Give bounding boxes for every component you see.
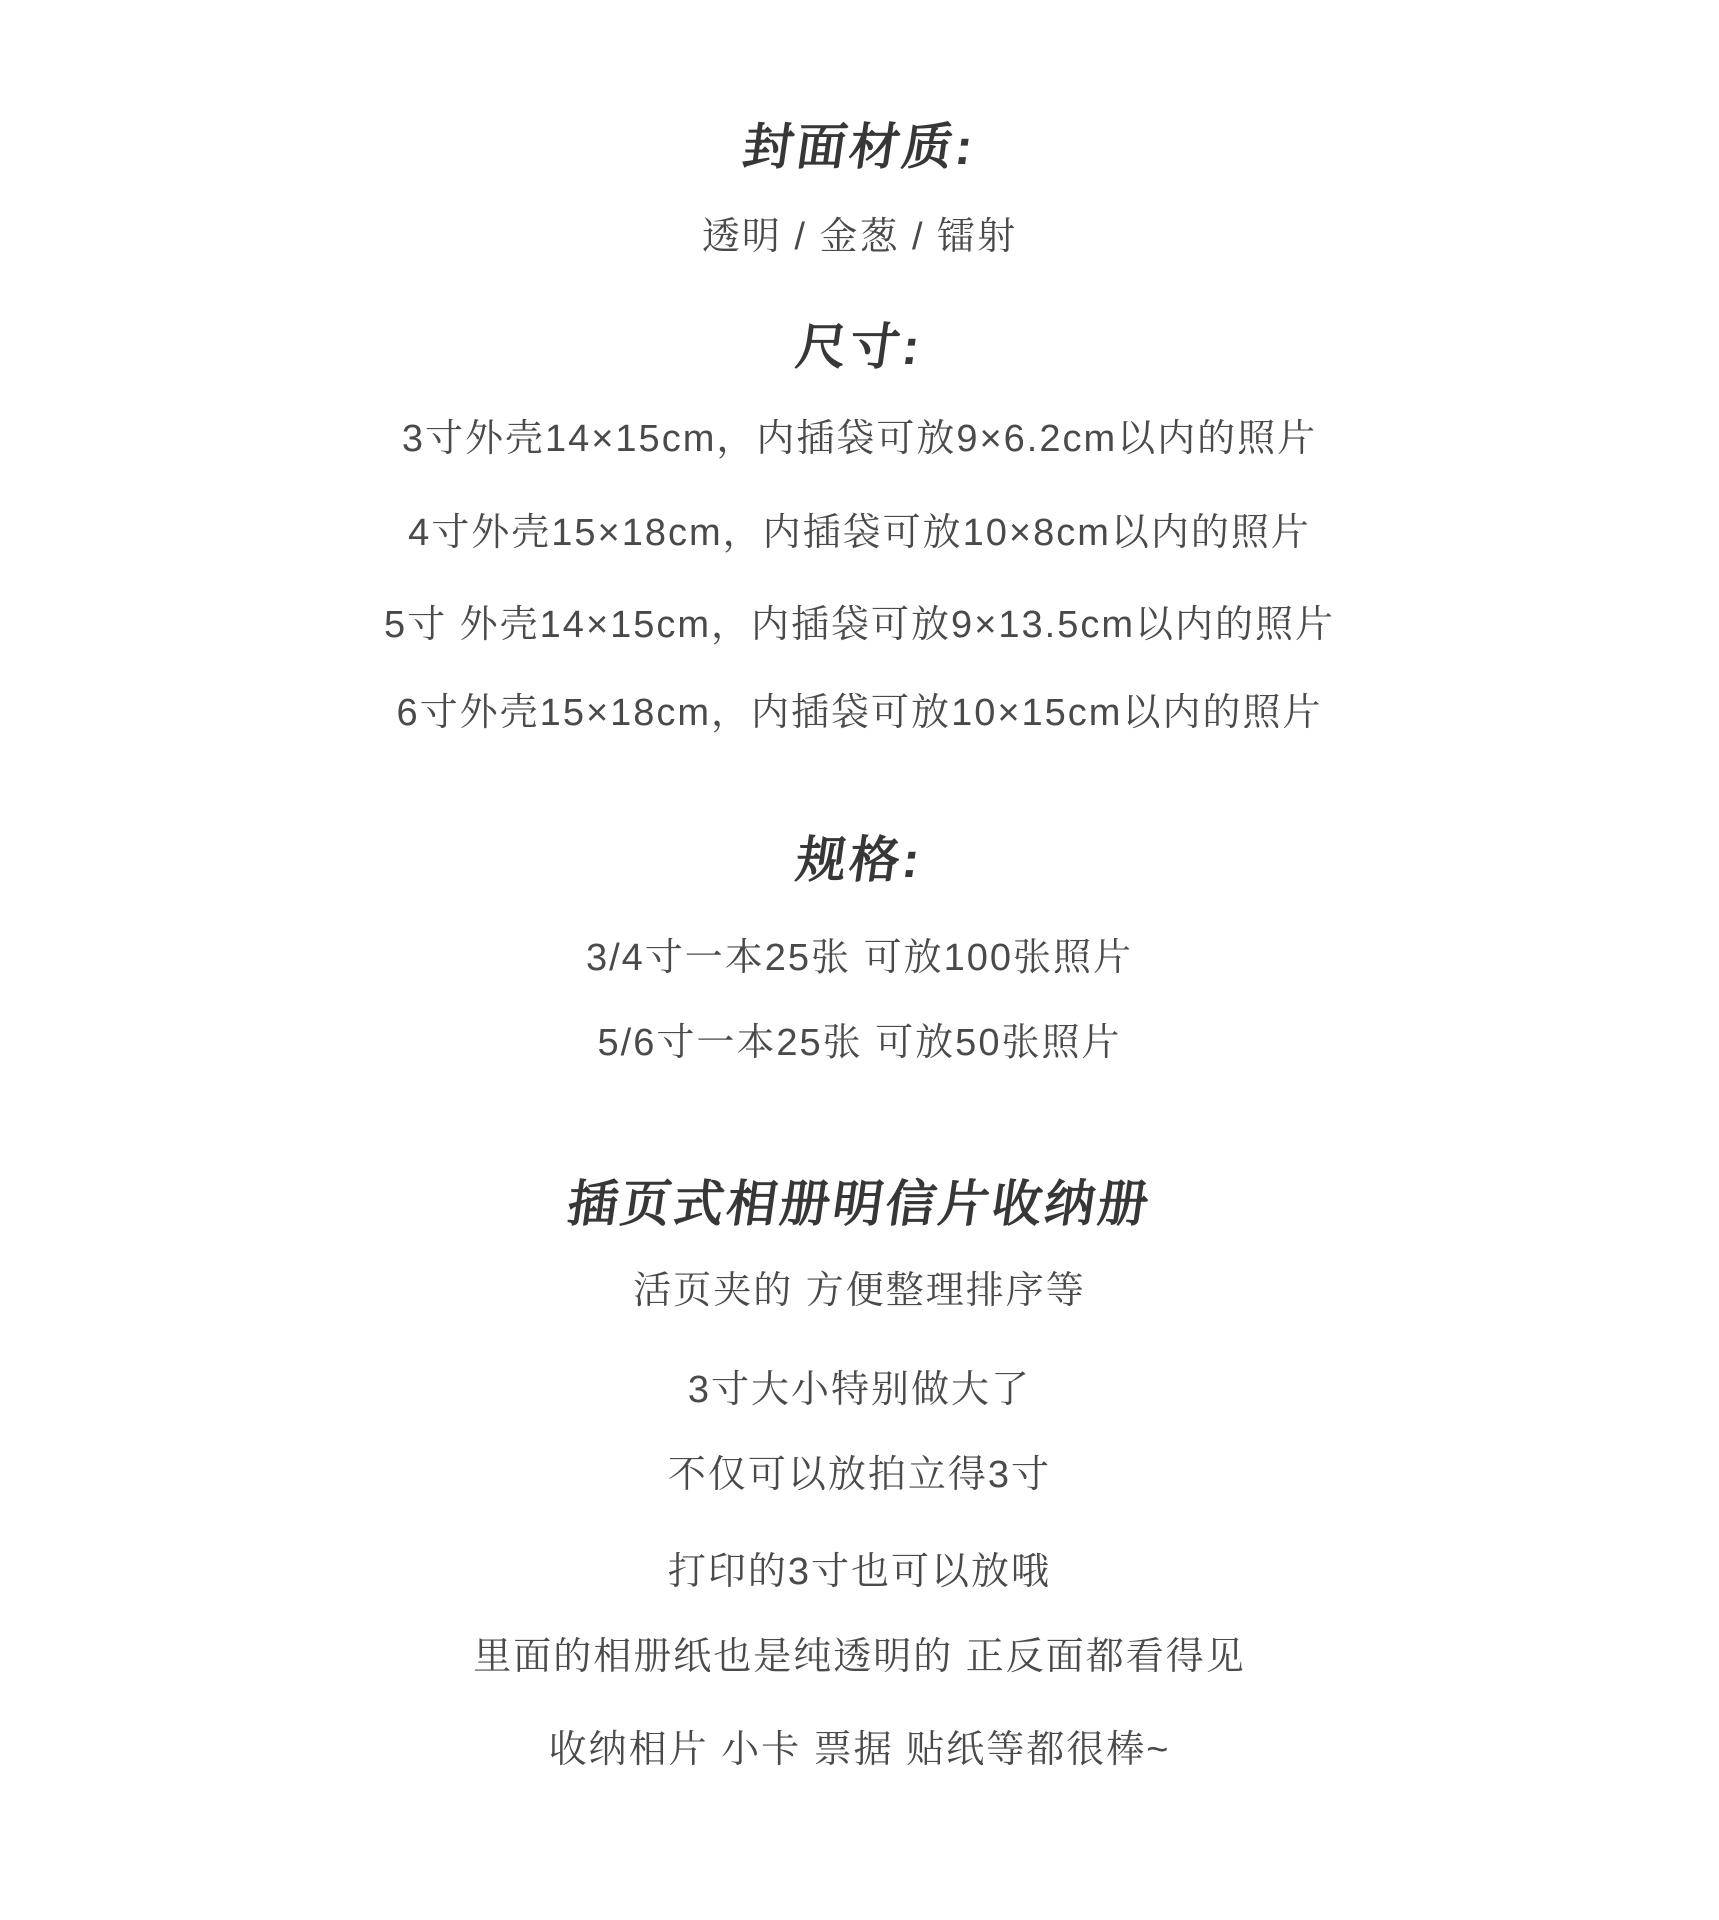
dimension-line-4inch: 4寸外壳15×18cm，内插袋可放10×8cm以内的照片 <box>0 514 1719 552</box>
spec-line-3-4inch: 3/4寸一本25张 可放100张照片 <box>0 939 1719 977</box>
dimension-line-6inch: 6寸外壳15×18cm，内插袋可放10×15cm以内的照片 <box>0 694 1719 732</box>
section-heading-album-title: 插页式相册明信片收纳册 <box>0 1179 1719 1229</box>
section-heading-dimensions: 尺寸: <box>0 322 1719 372</box>
cover-material-options: 透明 / 金葱 / 镭射 <box>0 218 1719 256</box>
dimension-line-3inch: 3寸外壳14×15cm，内插袋可放9×6.2cm以内的照片 <box>0 420 1719 458</box>
dimension-line-5inch: 5寸 外壳14×15cm，内插袋可放9×13.5cm以内的照片 <box>0 606 1719 644</box>
spec-line-5-6inch: 5/6寸一本25张 可放50张照片 <box>0 1024 1719 1062</box>
product-description-page: 封面材质: 透明 / 金葱 / 镭射 尺寸: 3寸外壳14×15cm，内插袋可放… <box>0 0 1719 1920</box>
feature-line-binder: 活页夹的 方便整理排序等 <box>0 1272 1719 1310</box>
section-heading-cover-material: 封面材质: <box>0 122 1719 172</box>
feature-line-transparent-pages: 里面的相册纸也是纯透明的 正反面都看得见 <box>0 1638 1719 1676</box>
section-heading-specs: 规格: <box>0 835 1719 885</box>
feature-line-storage-uses: 收纳相片 小卡 票据 贴纸等都很棒~ <box>0 1731 1719 1769</box>
feature-line-3inch-size: 3寸大小特别做大了 <box>0 1371 1719 1409</box>
feature-line-instax: 不仅可以放拍立得3寸 <box>0 1456 1719 1494</box>
feature-line-printed: 打印的3寸也可以放哦 <box>0 1553 1719 1591</box>
